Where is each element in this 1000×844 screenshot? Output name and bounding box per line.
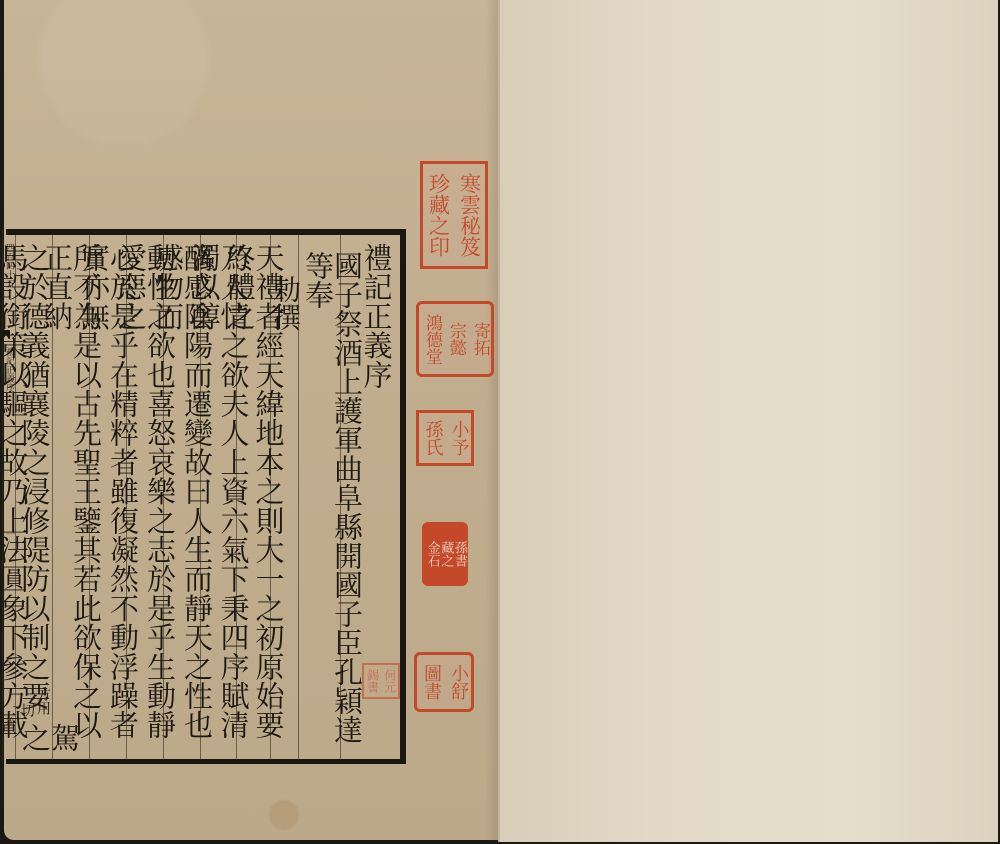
- body-column-8: 馬設銜策以驅之故乃上法圓象下參方載道之以: [0, 235, 16, 759]
- book-spread: 四百四十五 禮記正義序 一 筠 禮記正義序 國子祭酒上護軍曲阜縣開國子臣孔穎達等…: [0, 0, 1000, 844]
- body-text: 馬設銜策以驅之故乃上法圓象下參方載道之以: [0, 243, 15, 759]
- body-text: 所不為是以古先聖王鑒其若此欲保之以正直納: [53, 243, 89, 759]
- preface-title: 禮記正義序: [359, 243, 393, 389]
- seal-hanyun-mijie: 寒雲秘笈 珍藏之印: [420, 161, 488, 269]
- text-frame: 禮記正義序 國子祭酒上護軍曲阜縣開國子臣孔穎達等奉 勅撰 天禮者經天緯地本之則大…: [6, 229, 406, 764]
- seal-xiaoshu-tushu: 小舒 圖書: [414, 652, 474, 712]
- author-line: 國子祭酒上護軍曲阜縣開國子臣孔穎達等奉: [303, 251, 361, 759]
- author-column: 國子祭酒上護軍曲阜縣開國子臣孔穎達等奉: [299, 235, 341, 759]
- note-right: 方用: [36, 687, 50, 715]
- body-column-6: 所不為是以古先聖王鑒其若此欲保之以正直納: [53, 235, 90, 759]
- seal-jinshi: 孫書 藏之 金石: [422, 522, 468, 586]
- gutter: [486, 0, 500, 842]
- seal-sun-shi: 小予 孫氏: [416, 410, 474, 466]
- right-page-blank: [498, 0, 998, 842]
- seal-hongde-tang: 寄拓 宗懿 鴻德堂: [416, 301, 494, 377]
- seal-he-yuanxi: 何元 錫書: [362, 663, 400, 699]
